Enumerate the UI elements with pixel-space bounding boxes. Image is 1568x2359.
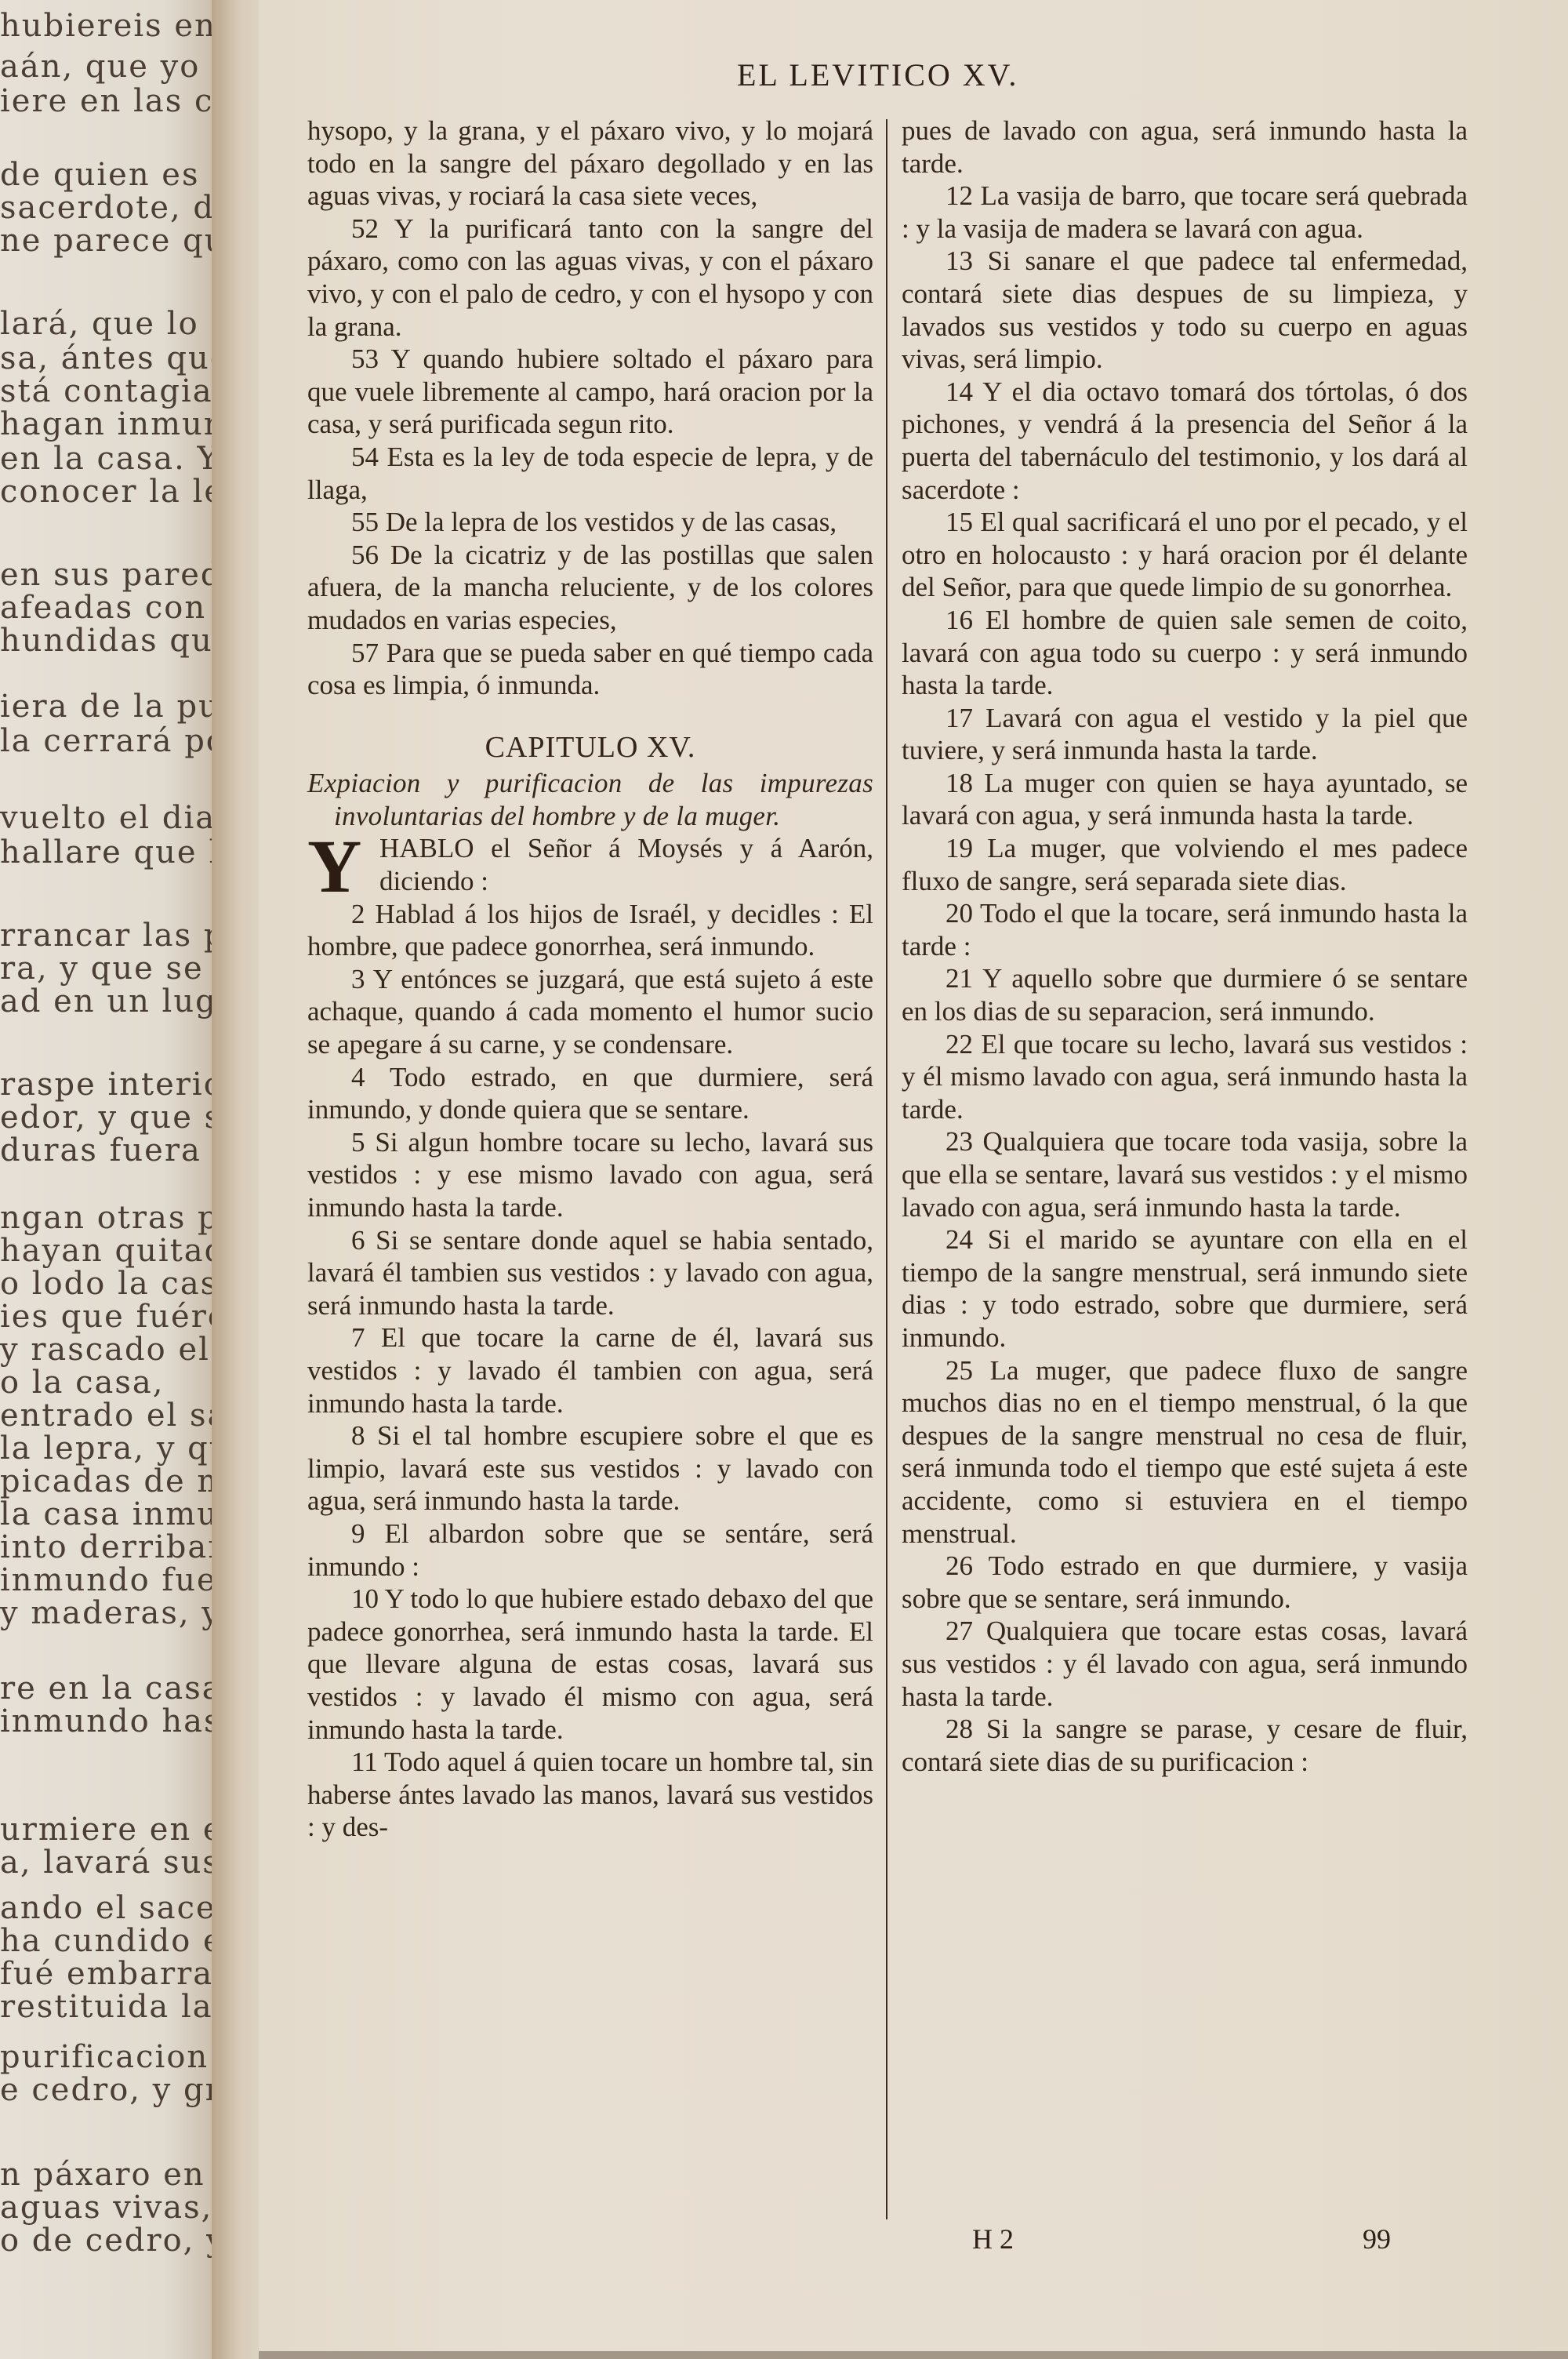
verse-text: Esta es la ley de toda especie de lepra,… bbox=[307, 442, 873, 505]
facing-page-line: purificacion tomará bbox=[0, 2039, 235, 2075]
verse-number: 11 bbox=[351, 1747, 378, 1777]
verse-number: 53 bbox=[351, 343, 379, 374]
facing-page-line: o de cedro, y el bbox=[0, 2223, 235, 2259]
verse-number: 3 bbox=[351, 964, 365, 994]
verse-text: Y quando hubiere soltado el páxaro para … bbox=[307, 343, 873, 439]
facing-page-line: e cedro, y grana é bbox=[0, 2072, 235, 2108]
verse: 11 Todo aquel á quien tocare un hombre t… bbox=[307, 1746, 873, 1844]
verse-text: Si se sentare donde aquel se habia senta… bbox=[307, 1225, 873, 1321]
verse-text: La muger con quien se haya ayuntado, se … bbox=[902, 768, 1468, 831]
facing-page-line: duras fuera de la ciud bbox=[0, 1132, 235, 1169]
chapter-title: CAPITULO XV. bbox=[307, 732, 873, 765]
facing-page-line: picadas de manchas bbox=[0, 1463, 235, 1499]
right-column: pues de lavado con agua, será inmundo ha… bbox=[902, 114, 1468, 1778]
verse: 52 Y la purificará tanto con la sangre d… bbox=[307, 213, 873, 343]
verse-text: El que tocare su lecho, lavará sus vesti… bbox=[902, 1029, 1468, 1125]
facing-page-line: en sus paredes bbox=[0, 557, 235, 593]
verse: 9 El albardon sobre que se sentáre, será… bbox=[307, 1518, 873, 1583]
verse: 22 El que tocare su lecho, lavará sus ve… bbox=[902, 1028, 1468, 1126]
verse-text: Y entónces se juzgará, que está sujeto á… bbox=[307, 964, 873, 1060]
verse-text: Si el marido se ayuntare con ella en el … bbox=[902, 1224, 1468, 1353]
verse-number: 52 bbox=[351, 213, 379, 244]
verse-number: 18 bbox=[946, 768, 973, 798]
page-bottom-edge bbox=[259, 2351, 1568, 2359]
verse: 53 Y quando hubiere soltado el páxaro pa… bbox=[307, 343, 873, 441]
facing-page-line: a, lavará sus ves- bbox=[0, 1845, 235, 1881]
facing-page-line: restituida la sani- bbox=[0, 1989, 235, 2025]
facing-page-line: ra, y que se arro bbox=[0, 951, 235, 987]
page-number: 99 bbox=[1363, 2223, 1391, 2255]
verse-number: 26 bbox=[946, 1550, 973, 1581]
facing-page-line: y rascado el polvo, bbox=[0, 1332, 235, 1368]
verse: 55 De la lepra de los vestidos y de las … bbox=[307, 506, 873, 539]
verse-text: Todo aquel á quien tocare un hombre tal,… bbox=[307, 1747, 873, 1842]
verse: 4 Todo estrado, en que durmiere, será in… bbox=[307, 1061, 873, 1126]
chapter-first-verse: Y HABLO el Señor á Moysés y á Aarón, dic… bbox=[307, 832, 873, 897]
verse-number: 4 bbox=[351, 1062, 365, 1092]
verse-number: 23 bbox=[946, 1126, 973, 1157]
verse-number: 7 bbox=[351, 1322, 365, 1353]
verse: 23 Qualquiera que tocare toda vasija, so… bbox=[902, 1125, 1468, 1223]
facing-page-line: into derribarán, y a bbox=[0, 1529, 235, 1565]
facing-page-line: ngan otras piedras bbox=[0, 1200, 235, 1236]
verse-number: 15 bbox=[946, 507, 973, 537]
facing-page-line: hundidas que la su bbox=[0, 623, 235, 659]
facing-page-line: ne parece que hay en bbox=[0, 223, 235, 259]
facing-page-line: ies que fuéron arra bbox=[0, 1299, 235, 1335]
facing-page-line: raspe interiormente bbox=[0, 1067, 235, 1103]
verse-number: 13 bbox=[946, 245, 973, 276]
verse-text: Y todo lo que hubiere estado debaxo del … bbox=[307, 1583, 873, 1744]
verse-text: Para que se pueda saber en qué tiempo ca… bbox=[307, 638, 873, 701]
verse-text: Si algun hombre tocare su lecho, lavará … bbox=[307, 1127, 873, 1223]
verse: 24 Si el marido se ayuntare con ella en … bbox=[902, 1223, 1468, 1354]
facing-page-line: inmundo fuera de la bbox=[0, 1562, 235, 1598]
facing-page-line: de quien es la casa bbox=[0, 157, 235, 193]
verse-text: La muger, que volviendo el mes padece fl… bbox=[902, 833, 1468, 896]
verse-text: De la cicatriz y de las postillas que sa… bbox=[307, 540, 873, 635]
verse: 16 El hombre de quien sale semen de coit… bbox=[902, 604, 1468, 702]
signature-mark: H 2 bbox=[972, 2223, 1014, 2255]
facing-page-line: hubiereis entrado en bbox=[0, 8, 235, 44]
facing-page-line: rrancar las piedras bbox=[0, 918, 235, 954]
verse-text: Hablad á los hijos de Israél, y decidles… bbox=[307, 899, 873, 962]
facing-page-line: re en la casa quando bbox=[0, 1670, 235, 1707]
verse: 19 La muger, que volviendo el mes padece… bbox=[902, 832, 1468, 897]
verse: 10 Y todo lo que hubiere estado debaxo d… bbox=[307, 1583, 873, 1746]
left-column: hysopo, y la grana, y el páxaro vivo, y … bbox=[307, 114, 873, 1844]
verse-number: 8 bbox=[351, 1420, 365, 1451]
facing-page-left: hubiereis entrado enaán, que yo os daréi… bbox=[0, 0, 235, 2359]
verse: 54 Esta es la ley de toda especie de lep… bbox=[307, 441, 873, 506]
facing-page-line: hagan inmundas to bbox=[0, 406, 235, 442]
verse-text: Si el tal hombre escupiere sobre el que … bbox=[307, 1420, 873, 1516]
verse: 7 El que tocare la carne de él, lavará s… bbox=[307, 1321, 873, 1419]
verse-text: pues de lavado con agua, será inmundo ha… bbox=[902, 115, 1468, 179]
verse-number: 27 bbox=[946, 1616, 973, 1646]
verse: hysopo, y la grana, y el páxaro vivo, y … bbox=[307, 114, 873, 213]
facing-page-line: sacerdote, dirá : Como bbox=[0, 190, 235, 226]
chapter-summary: Expiacion y purificacion de las impureza… bbox=[307, 767, 873, 832]
verse: 25 La muger, que padece fluxo de sangre … bbox=[902, 1354, 1468, 1550]
verse-number: 56 bbox=[351, 540, 379, 570]
facing-page-line: hallare que ha cund bbox=[0, 834, 235, 871]
facing-page-line: fué embarrada de bbox=[0, 1956, 235, 1992]
verse: 17 Lavará con agua el vestido y la piel … bbox=[902, 702, 1468, 767]
drop-cap: Y bbox=[307, 835, 361, 898]
verse-number: 5 bbox=[351, 1127, 365, 1158]
facing-page-line: entrado el sacerdote bbox=[0, 1398, 235, 1434]
verse-number: 6 bbox=[351, 1225, 365, 1256]
facing-page-line: edor, y que se espar bbox=[0, 1100, 235, 1136]
facing-page-line: stá contagiada de le bbox=[0, 373, 235, 409]
facing-page-line: aguas vivas, bbox=[0, 2190, 212, 2226]
verse: 2 Hablad á los hijos de Israél, y decidl… bbox=[307, 898, 873, 963]
verse: 3 Y entónces se juzgará, que está sujeto… bbox=[307, 963, 873, 1061]
verse-text: Todo estrado en que durmiere, y vasija s… bbox=[902, 1550, 1468, 1614]
verse: 15 El qual sacrificará el uno por el pec… bbox=[902, 506, 1468, 604]
verse-text: Y el dia octavo tomará dos tórtolas, ó d… bbox=[902, 376, 1468, 505]
facing-page-line: conocer la lepra de bbox=[0, 474, 235, 510]
facing-page-line: la casa inmunda : bbox=[0, 1496, 235, 1532]
verse-text: La vasija de barro, que tocare será queb… bbox=[902, 180, 1468, 244]
verse-text: Si sanare el que padece tal enfermedad, … bbox=[902, 245, 1468, 374]
verse-number: 12 bbox=[946, 180, 973, 211]
facing-page-line: iere en las casas plaga bbox=[0, 83, 235, 119]
verse-text: Todo estrado, en que durmiere, será inmu… bbox=[307, 1062, 873, 1125]
facing-page-line: la lepra, y que la bbox=[0, 1430, 235, 1467]
verse-text: Lavará con agua el vestido y la piel que… bbox=[902, 703, 1468, 766]
facing-page-line: y maderas, y todo el bbox=[0, 1595, 235, 1631]
facing-page-line: en la casa. Y ent bbox=[0, 441, 235, 477]
facing-page-line: afeadas con amarillas bbox=[0, 590, 235, 626]
verse-text: La muger, que padece fluxo de sangre muc… bbox=[902, 1355, 1468, 1549]
verse: 56 De la cicatriz y de las postillas que… bbox=[307, 539, 873, 637]
verse: 12 La vasija de barro, que tocare será q… bbox=[902, 180, 1468, 245]
right-verses: pues de lavado con agua, será inmundo ha… bbox=[902, 114, 1468, 1778]
facing-page-line: iera de la puerta de bbox=[0, 689, 235, 725]
verse-text: El que tocare la carne de él, lavará sus… bbox=[307, 1322, 873, 1418]
facing-page-line: ando el sacerdote bbox=[0, 1890, 235, 1926]
facing-page-line: o la casa, bbox=[0, 1365, 165, 1401]
verse-number: 28 bbox=[946, 1714, 973, 1744]
verse-text: Y aquello sobre que durmiere ó se sentar… bbox=[902, 963, 1468, 1027]
facing-page-line: aán, que yo os daré bbox=[0, 49, 235, 85]
verse-text: Todo el que la tocare, será inmundo hast… bbox=[902, 898, 1468, 961]
verse-text: Qualquiera que tocare estas cosas, lavar… bbox=[902, 1616, 1468, 1711]
verse: 14 Y el dia octavo tomará dos tórtolas, … bbox=[902, 376, 1468, 506]
facing-page-line: la cerrará por bbox=[0, 723, 235, 759]
facing-page-line: n páxaro en una bbox=[0, 2157, 235, 2193]
verse: 57 Para que se pueda saber en qué tiempo… bbox=[307, 637, 873, 702]
verse-number: 22 bbox=[946, 1029, 973, 1060]
verse: 21 Y aquello sobre que durmiere ó se sen… bbox=[902, 962, 1468, 1027]
verse-text: Y la purificará tanto con la sangre del … bbox=[307, 213, 873, 342]
verse: 8 Si el tal hombre escupiere sobre el qu… bbox=[307, 1419, 873, 1518]
verse-number: 24 bbox=[946, 1224, 973, 1255]
facing-page-line: vuelto el dia sépti bbox=[0, 800, 235, 836]
verse-text: Si la sangre se parase, y cesare de flui… bbox=[902, 1714, 1468, 1777]
facing-page-line: ha cundido en la bbox=[0, 1923, 235, 1959]
column-divider-rule bbox=[886, 119, 887, 2219]
facing-page-line: inmundo hasta la bbox=[0, 1703, 235, 1739]
verses-before-chapter: hysopo, y la grana, y el páxaro vivo, y … bbox=[307, 114, 873, 702]
verse-number: 9 bbox=[351, 1518, 365, 1549]
verse: 20 Todo el que la tocare, será inmundo h… bbox=[902, 897, 1468, 962]
facing-page-line: sa, ántes que entre bbox=[0, 340, 235, 376]
verse-text: De la lepra de los vestidos y de las cas… bbox=[386, 507, 837, 537]
verses-after-chapter: 2 Hablad á los hijos de Israél, y decidl… bbox=[307, 898, 873, 1844]
verse-number: 21 bbox=[946, 963, 973, 994]
running-head: EL LEVITICO XV. bbox=[737, 56, 1066, 93]
verse: 28 Si la sangre se parase, y cesare de f… bbox=[902, 1713, 1468, 1778]
verse: 18 La muger con quien se haya ayuntado, … bbox=[902, 767, 1468, 832]
facing-page-line: lará, que lo saquen bbox=[0, 306, 235, 342]
facing-page-line: urmiere en ella, y bbox=[0, 1812, 235, 1848]
verse-number: 19 bbox=[946, 833, 973, 863]
verse: 27 Qualquiera que tocare estas cosas, la… bbox=[902, 1615, 1468, 1713]
facing-page-line: ad en un lugar bbox=[0, 983, 235, 1020]
verse-number: 54 bbox=[351, 442, 379, 472]
verse-number: 14 bbox=[946, 376, 973, 407]
verse: 26 Todo estrado en que durmiere, y vasij… bbox=[902, 1550, 1468, 1615]
verse-text: hysopo, y la grana, y el páxaro vivo, y … bbox=[307, 115, 873, 211]
verse-number: 17 bbox=[946, 703, 973, 733]
verse: pues de lavado con agua, será inmundo ha… bbox=[902, 114, 1468, 180]
facing-page-line: hayan quitado, y q bbox=[0, 1233, 235, 1269]
verse-text: El hombre de quien sale semen de coito, … bbox=[902, 605, 1468, 700]
verse-text: El albardon sobre que se sentáre, será i… bbox=[307, 1518, 873, 1582]
verse: 6 Si se sentare donde aquel se habia sen… bbox=[307, 1224, 873, 1322]
verse-text: El qual sacrificará el uno por el pecado… bbox=[902, 507, 1468, 602]
verse-number: 57 bbox=[351, 638, 379, 668]
verse: 13 Si sanare el que padece tal enfermeda… bbox=[902, 245, 1468, 375]
verse-text: Qualquiera que tocare toda vasija, sobre… bbox=[902, 1126, 1468, 1222]
verse-number: 10 bbox=[351, 1583, 379, 1614]
verse-number: 55 bbox=[351, 507, 379, 537]
facing-page-line: o lodo la casa. bbox=[0, 1266, 235, 1302]
verse-number: 25 bbox=[946, 1355, 973, 1386]
first-verse-text: HABLO el Señor á Moysés y á Aarón, dicie… bbox=[379, 833, 873, 896]
verse: 5 Si algun hombre tocare su lecho, lavar… bbox=[307, 1126, 873, 1224]
verse-number: 20 bbox=[946, 898, 973, 929]
verse-number: 16 bbox=[946, 605, 973, 635]
